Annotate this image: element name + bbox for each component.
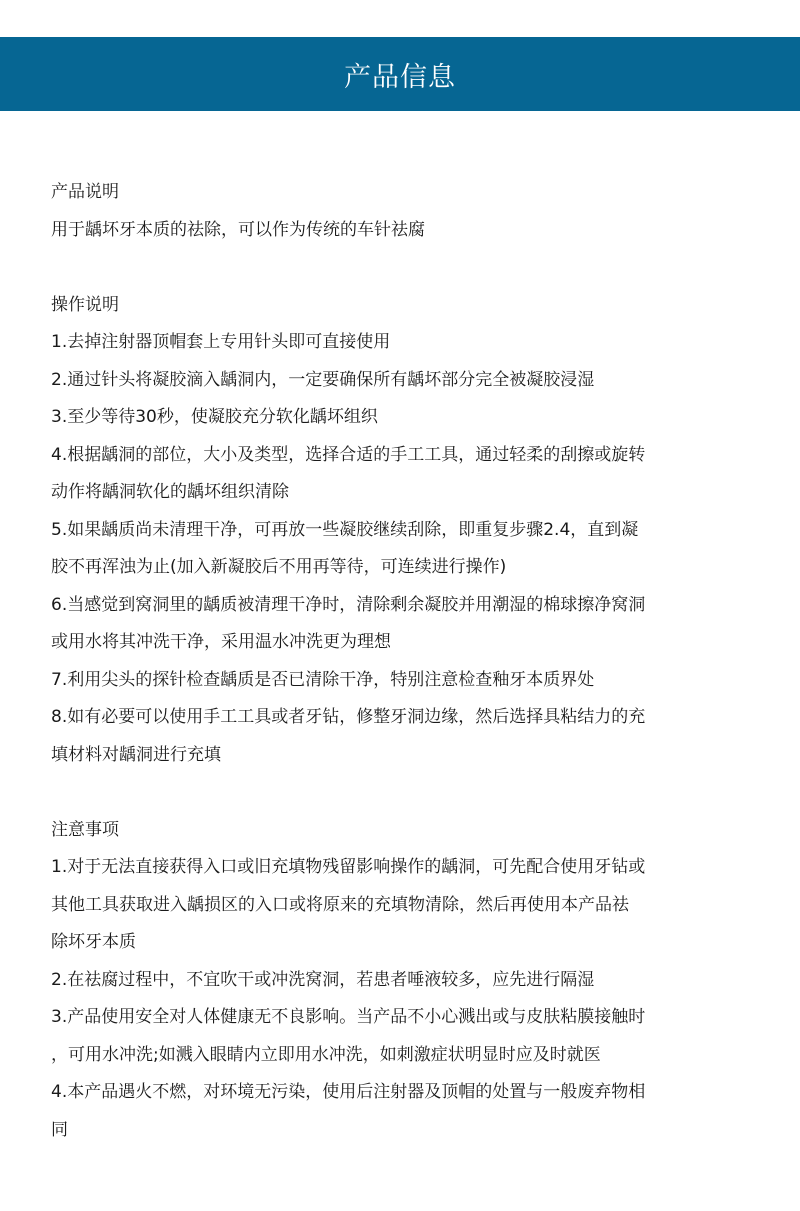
product-info-content: 产品说明 用于龋坏牙本质的祛除，可以作为传统的车针祛腐 操作说明 1.去掉注射器… (51, 174, 771, 1149)
section-heading: 产品说明 (51, 174, 771, 212)
section-spacer (51, 249, 771, 287)
section-precautions: 注意事项 1.对于无法直接获得入口或旧充填物残留影响操作的龋洞，可先配合使用牙钻… (51, 812, 771, 1150)
section-heading: 注意事项 (51, 812, 771, 850)
instruction-line: 或用水将其冲洗干净，采用温水冲洗更为理想 (51, 624, 771, 662)
instruction-line: 3.至少等待30秒，使凝胶充分软化龋坏组织 (51, 399, 771, 437)
note-line: ，可用水冲洗;如溅入眼睛内立即用水冲洗，如刺激症状明显时应及时就医 (51, 1037, 771, 1075)
instruction-line: 1.去掉注射器顶帽套上专用针头即可直接使用 (51, 324, 771, 362)
section-spacer (51, 774, 771, 812)
note-line: 3.产品使用安全对人体健康无不良影响。当产品不小心溅出或与皮肤粘膜接触时 (51, 999, 771, 1037)
section-operation-instructions: 操作说明 1.去掉注射器顶帽套上专用针头即可直接使用 2.通过针头将凝胶滴入龋洞… (51, 287, 771, 775)
section-heading: 操作说明 (51, 287, 771, 325)
instruction-line: 6.当感觉到窝洞里的龋质被清理干净时，清除剩余凝胶并用潮湿的棉球擦净窝洞 (51, 587, 771, 625)
note-line: 2.在祛腐过程中，不宜吹干或冲洗窝洞，若患者唾液较多，应先进行隔湿 (51, 962, 771, 1000)
instruction-line: 4.根据龋洞的部位，大小及类型，选择合适的手工工具，通过轻柔的刮擦或旋转 (51, 437, 771, 475)
instruction-line: 5.如果龋质尚未清理干净，可再放一些凝胶继续刮除，即重复步骤2.4，直到凝 (51, 512, 771, 550)
instruction-line: 7.利用尖头的探针检查龋质是否已清除干净，特别注意检查釉牙本质界处 (51, 662, 771, 700)
instruction-line: 2.通过针头将凝胶滴入龋洞内，一定要确保所有龋坏部分完全被凝胶浸湿 (51, 362, 771, 400)
instruction-line: 填材料对龋洞进行充填 (51, 737, 771, 775)
note-line: 4.本产品遇火不燃，对环境无污染，使用后注射器及顶帽的处置与一般废弃物相 (51, 1074, 771, 1112)
instruction-line: 动作将龋洞软化的龋坏组织清除 (51, 474, 771, 512)
header-banner: 产品信息 (0, 37, 800, 111)
note-line: 1.对于无法直接获得入口或旧充填物残留影响操作的龋洞，可先配合使用牙钻或 (51, 849, 771, 887)
instruction-line: 8.如有必要可以使用手工工具或者牙钻，修整牙洞边缘，然后选择具粘结力的充 (51, 699, 771, 737)
note-line: 同 (51, 1112, 771, 1150)
description-line: 用于龋坏牙本质的祛除，可以作为传统的车针祛腐 (51, 212, 771, 250)
note-line: 除坏牙本质 (51, 924, 771, 962)
note-line: 其他工具获取进入龋损区的入口或将原来的充填物清除，然后再使用本产品祛 (51, 887, 771, 925)
section-product-description: 产品说明 用于龋坏牙本质的祛除，可以作为传统的车针祛腐 (51, 174, 771, 249)
page-title: 产品信息 (344, 55, 456, 94)
instruction-line: 胶不再浑浊为止(加入新凝胶后不用再等待，可连续进行操作) (51, 549, 771, 587)
